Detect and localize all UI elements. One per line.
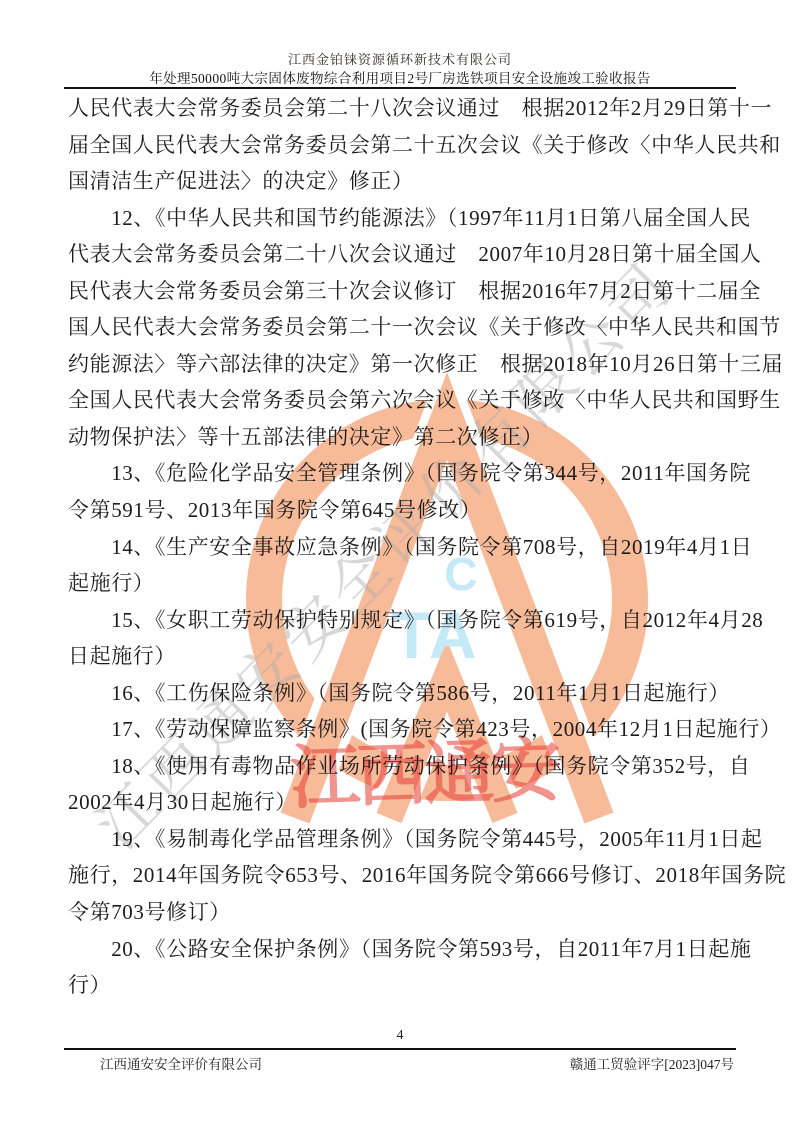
document-page: C TA 江西通安安全评价有限公司 江西通安 江西金铂铼资源循环新技术有限公司 … [0, 0, 800, 1131]
body-line: 起施行） [68, 565, 736, 602]
body-line: 令第591号、2013年国务院令第645号修改） [68, 492, 736, 529]
body-line: 12、《中华人民共和国节约能源法》（1997年11月1日第八届全国人民 [68, 200, 736, 237]
body-line: 行） [68, 967, 736, 1004]
footer-rule [64, 1048, 736, 1050]
body-line: 14、《生产安全事故应急条例》（国务院令第708号，自2019年4月1日 [68, 529, 736, 566]
body-line: 2002年4月30日起施行） [68, 784, 736, 821]
header-rule [64, 87, 736, 89]
body-line: 动物保护法〉等十五部法律的决定》第二次修正） [68, 419, 736, 456]
body-line: 令第703号修订） [68, 894, 736, 931]
body-line: 代表大会常务委员会第二十八次会议通过 2007年10月28日第十届全国人 [68, 236, 736, 273]
body-line: 13、《危险化学品安全管理条例》（国务院令第344号，2011年国务院 [68, 455, 736, 492]
body-text: 人民代表大会常务委员会第二十八次会议通过 根据2012年2月29日第十一届全国人… [68, 90, 736, 1004]
body-line: 全国人民代表大会常务委员会第六次会议《关于修改〈中华人民共和国野生 [68, 382, 736, 419]
body-line: 20、《公路安全保护条例》（国务院令第593号，自2011年7月1日起施 [68, 931, 736, 968]
footer-doc-number: 赣通工贸验评字[2023]047号 [570, 1053, 734, 1073]
header-company-name: 江西金铂铼资源循环新技术有限公司 [0, 49, 800, 68]
body-line: 19、《易制毒化学品管理条例》（国务院令第445号，2005年11月1日起 [68, 821, 736, 858]
body-line: 16、《工伤保险条例》（国务院令第586号，2011年1月1日起施行） [68, 675, 736, 712]
header-report-title: 年处理50000吨大宗固体废物综合利用项目2号厂房选铁项目安全设施竣工验收报告 [0, 67, 800, 87]
body-line: 18、《使用有毒物品作业场所劳动保护条例》（国务院令第352号，自 [68, 748, 736, 785]
body-line: 15、《女职工劳动保护特别规定》（国务院令第619号，自2012年4月28 [68, 602, 736, 639]
body-line: 人民代表大会常务委员会第二十八次会议通过 根据2012年2月29日第十一 [68, 90, 736, 127]
body-line: 届全国人民代表大会常务委员会第二十五次会议《关于修改〈中华人民共和 [68, 127, 736, 164]
body-line: 国人民代表大会常务委员会第二十一次会议《关于修改〈中华人民共和国节 [68, 309, 736, 346]
body-line: 施行，2014年国务院令653号、2016年国务院令第666号修订、2018年国… [68, 857, 736, 894]
body-line: 国清洁生产促进法〉的决定》修正） [68, 163, 736, 200]
body-line: 民代表大会常务委员会第三十次会议修订 根据2016年7月2日第十二届全 [68, 273, 736, 310]
body-line: 约能源法〉等六部法律的决定》第一次修正 根据2018年10月26日第十三届 [68, 346, 736, 383]
page-number: 4 [0, 1028, 800, 1044]
footer-row: 江西通安安全评价有限公司 赣通工贸验评字[2023]047号 [64, 1053, 736, 1073]
footer-company-name: 江西通安安全评价有限公司 [100, 1053, 262, 1073]
body-line: 17、《劳动保障监察条例》(国务院令第423号，2004年12月1日起施行） [68, 711, 736, 748]
body-line: 日起施行） [68, 638, 736, 675]
